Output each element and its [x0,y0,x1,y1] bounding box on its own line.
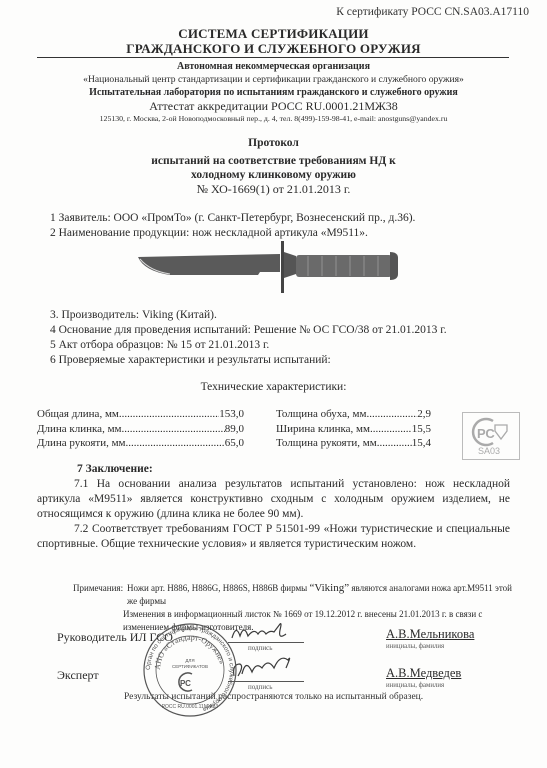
signer-name-caption-expert: инициалы, фамилия [386,682,444,689]
spec-value: 153,0 [219,407,244,422]
notes-text: Ножи арт. Н886, Н886G, Н886S, Н886В фирм… [127,582,513,608]
lab-name: Испытательная лаборатория по испытаниям … [0,86,547,99]
spec-row: Толщина обуха, мм2,9 [276,407,431,422]
address: 125130, г. Москва, 2-ой Новоподмосковный… [0,113,547,124]
item-characteristics: 6 Проверяемые характеристики и результат… [50,353,447,368]
spec-label: Длина рукояти, мм [37,436,126,451]
spec-label: Общая длина, мм [37,407,119,422]
signer-name-expert: А.В.Медведев [386,666,461,681]
spec-row: Длина клинка, мм89,0 [37,422,244,437]
certificate-reference: К сертификату РОСС CN.SA03.A17110 [336,6,529,18]
system-title-line1: СИСТЕМА СЕРТИФИКАЦИИ [0,26,547,41]
spec-value: 89,0 [225,422,244,437]
spec-row: Толщина рукояти, мм15,4 [276,436,431,451]
signer-name-head: А.В.Мельникова [386,627,474,642]
org-name: «Национальный центр стандартизации и сер… [0,73,547,86]
spec-value: 15,5 [412,422,431,437]
tech-specs-title: Технические характеристики: [0,381,547,393]
item-sampling-act: 5 Акт отбора образцов: № 15 от 21.01.201… [50,338,447,353]
spec-row: Длина рукояти, мм65,0 [37,436,244,451]
signature-line-expert [228,681,304,682]
notes-label: Примечания: [73,582,127,608]
signer-name-caption-head: инициалы, фамилия [386,643,444,650]
items-list-bottom: 3. Производитель: Viking (Китай). 4 Осно… [50,308,447,368]
svg-text:СЕРТИФИКАТОВ: СЕРТИФИКАТОВ [172,664,208,669]
specs-left-column: Общая длина, мм153,0 Длина клинка, мм89,… [37,407,244,451]
system-title: СИСТЕМА СЕРТИФИКАЦИИ ГРАЖДАНСКОГО И СЛУЖ… [0,26,547,56]
spec-label: Толщина рукояти, мм [276,436,377,451]
svg-text:РС: РС [180,679,191,688]
spec-label: Толщина обуха, мм [276,407,366,422]
round-stamp-icon: Орган по сертификации гражданского и слу… [142,622,238,718]
protocol-heading: Протокол испытаний на соответствие требо… [0,136,547,196]
conclusion-section: 7 Заключение: 7.1 На основании анализа р… [37,462,510,552]
item-applicant: 1 Заявитель: ООО «ПромТо» (г. Санкт-Пете… [50,211,415,226]
conclusion-heading: 7 Заключение: [37,462,510,477]
spec-value: 15,4 [412,436,431,451]
spec-value: 65,0 [225,436,244,451]
svg-text:РОСС RU.0001.11МЖ83: РОСС RU.0001.11МЖ83 [162,704,219,710]
spec-row: Общая длина, мм153,0 [37,407,244,422]
signature-caption-expert: подпись [248,683,272,691]
org-type: Автономная некоммерческая организация [0,60,547,73]
spec-label: Ширина клинка, мм [276,422,370,437]
system-title-line2: ГРАЖДАНСКОГО И СЛУЖЕБНОГО ОРУЖИЯ [0,41,547,56]
specs-right-column: Толщина обуха, мм2,9 Ширина клинка, мм15… [276,407,431,451]
protocol-title: Протокол [0,136,547,151]
header-divider [37,57,509,58]
items-list-top: 1 Заявитель: ООО «ПромТо» (г. Санкт-Пете… [50,211,415,241]
svg-text:ДЛЯ: ДЛЯ [185,658,194,663]
signature-head-icon [228,618,298,644]
signature-expert-icon [228,650,298,684]
protocol-subtitle-2: холодному клинковому оружию [0,168,547,182]
item-manufacturer: 3. Производитель: Viking (Китай). [50,308,447,323]
organization-block: Автономная некоммерческая организация «Н… [0,60,547,124]
svg-text:РС: РС [477,426,495,441]
gost-r-certification-mark-icon: РС SA03 [462,412,520,460]
conclusion-paragraph-1: 7.1 На основании анализа результатов исп… [37,477,510,522]
signature-line-head [228,642,304,643]
knife-image [130,238,410,296]
accreditation: Аттестат аккредитации РОСС RU.0001.21МЖ3… [0,99,547,113]
conclusion-paragraph-2: 7.2 Соответствует требованиям ГОСТ Р 515… [37,522,510,552]
spec-row: Ширина клинка, мм15,5 [276,422,431,437]
svg-text:SA03: SA03 [478,446,500,456]
protocol-subtitle-1: испытаний на соответствие требованиям НД… [0,154,547,168]
spec-label: Длина клинка, мм [37,422,122,437]
item-test-basis: 4 Основание для проведения испытаний: Ре… [50,323,447,338]
protocol-number: № ХО-1669(1) от 21.01.2013 г. [0,182,547,196]
spec-value: 2,9 [417,407,431,422]
signer-role-expert: Эксперт [57,668,99,683]
